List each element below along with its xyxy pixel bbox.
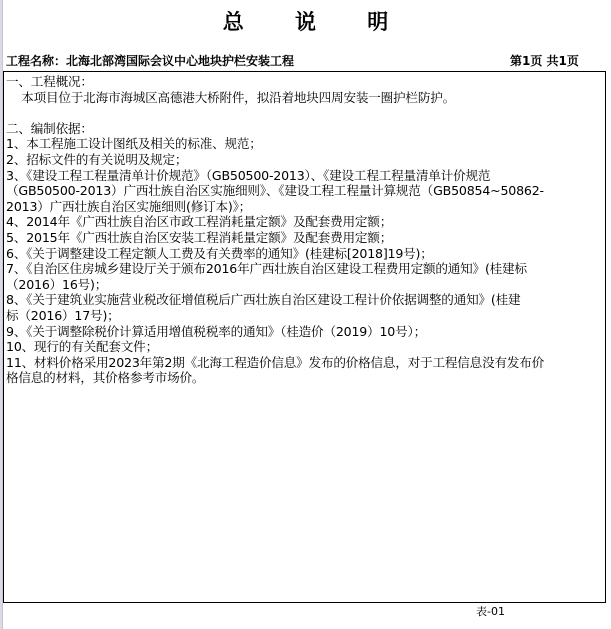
page-info: 第1页 共1页 — [510, 52, 579, 70]
basis-item-11: 11、材料价格采用2023年第2期《北海工程造价信息》发布的价格信息，对于工程信… — [6, 355, 602, 371]
form-code: 表-01 — [476, 604, 505, 620]
description-text: 一、工程概况： 本项目位于北海市海城区高德港大桥附件，拟沿着地块四周安装一圈护栏… — [6, 74, 602, 386]
blank-line — [6, 105, 602, 121]
basis-item-3: 3、《建设工程工程量清单计价规范》（GB50500-2013）、《建设工程工程量… — [6, 168, 602, 184]
basis-item-4: 4、2014年《广西壮族自治区市政工程消耗量定额》及配套费用定额； — [6, 214, 602, 230]
basis-item-1: 1、本工程施工设计图纸及相关的标准、规范； — [6, 136, 602, 152]
basis-item-3-cont: （GB50500-2013）广西壮族自治区实施细则》、《建设工程工程量计算规范（… — [6, 183, 602, 199]
basis-item-6: 6、《关于调整建设工程定额人工费及有关费率的通知》(桂建标[2018]19号)； — [6, 246, 602, 262]
basis-item-3-cont: 2013）广西壮族自治区实施细则(修订本)》； — [6, 199, 602, 215]
basis-item-8: 8、《关于建筑业实施营业税改征增值税后广西壮族自治区建设工程计价依据调整的通知》… — [6, 292, 602, 308]
overview-paragraph: 本项目位于北海市海城区高德港大桥附件，拟沿着地块四周安装一圈护栏防护。 — [6, 90, 602, 106]
section-heading-overview: 一、工程概况： — [6, 74, 602, 90]
basis-item-9: 9、《关于调整除税价计算适用增值税税率的通知》（桂造价（2019）10号）； — [6, 324, 602, 340]
section-heading-basis: 二、编制依据： — [6, 121, 602, 137]
basis-item-8-cont: 标（2016）17号)； — [6, 308, 602, 324]
basis-item-5: 5、2015年《广西壮族自治区安装工程消耗量定额》及配套费用定额； — [6, 230, 602, 246]
description-box: 一、工程概况： 本项目位于北海市海城区高德港大桥附件，拟沿着地块四周安装一圈护栏… — [3, 71, 606, 603]
page-title: 总 说 明 — [0, 8, 611, 36]
basis-item-7: 7、《自治区住房城乡建设厅关于颁布2016年广西壮族自治区建设工程费用定额的通知… — [6, 261, 602, 277]
project-label: 工程名称： — [6, 54, 66, 68]
project-name: 北海北部湾国际会议中心地块护栏安装工程 — [66, 54, 294, 68]
project-name-line: 工程名称：北海北部湾国际会议中心地块护栏安装工程 — [6, 52, 294, 70]
basis-item-11-cont: 格信息的材料，其价格参考市场价。 — [6, 370, 602, 386]
basis-item-2: 2、招标文件的有关说明及规定； — [6, 152, 602, 168]
basis-item-10: 10、现行的有关配套文件； — [6, 339, 602, 355]
basis-item-7-cont: （2016）16号)； — [6, 277, 602, 293]
